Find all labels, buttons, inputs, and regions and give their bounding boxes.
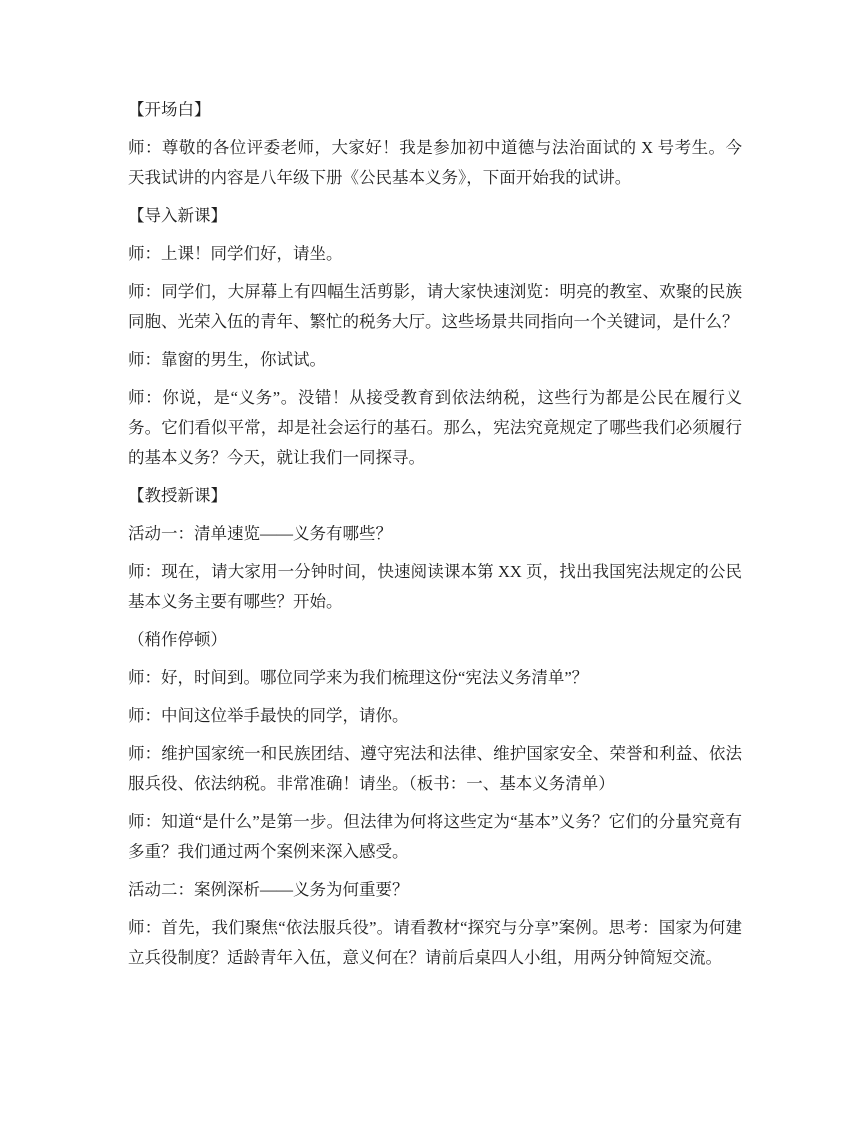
teacher-line-class-start: 师：上课！同学们好，请坐。 [128,239,742,269]
teacher-line-reading-task: 师：现在，请大家用一分钟时间，快速阅读课本第 XX 页，找出我国宪法规定的公民基… [128,557,742,617]
teacher-line-duties-list: 师：维护国家统一和民族团结、遵守宪法和法律、维护国家安全、荣誉和利益、依法服兵役… [128,739,742,799]
teacher-line-confirm-keyword: 师：你说，是“义务”。没错！从接受教育到依法纳税，这些行为都是公民在履行义务。它… [128,383,742,473]
teacher-line-military-case: 师：首先，我们聚焦“依法服兵役”。请看教材“探究与分享”案例。思考：国家为何建立… [128,913,742,973]
section-heading-lead-in: 【导入新课】 [128,201,742,231]
stage-direction-pause: （稍作停顿） [128,625,742,655]
document-page: 【开场白】 师：尊敬的各位评委老师，大家好！我是参加初中道德与法治面试的 X 号… [0,0,866,1122]
teacher-line-why-basic: 师：知道“是什么”是第一步。但法律为何将这些定为“基本”义务？它们的分量究竟有多… [128,807,742,867]
activity-two-title: 活动二：案例深析——义务为何重要？ [128,875,742,905]
activity-one-title: 活动一：清单速览——义务有哪些？ [128,519,742,549]
teacher-line-time-up: 师：好，时间到。哪位同学来为我们梳理这份“宪法义务清单”？ [128,663,742,693]
teacher-line-call-on-student: 师：靠窗的男生，你试试。 [128,345,742,375]
teacher-line-pick-student: 师：中间这位举手最快的同学，请你。 [128,701,742,731]
section-heading-new-lesson: 【教授新课】 [128,481,742,511]
teacher-line-four-scenes: 师：同学们，大屏幕上有四幅生活剪影，请大家快速浏览：明亮的教室、欢聚的民族同胞、… [128,277,742,337]
document-body: 【开场白】 师：尊敬的各位评委老师，大家好！我是参加初中道德与法治面试的 X 号… [128,95,742,973]
teacher-line-greeting: 师：尊敬的各位评委老师，大家好！我是参加初中道德与法治面试的 X 号考生。今天我… [128,133,742,193]
section-heading-opening: 【开场白】 [128,95,742,125]
